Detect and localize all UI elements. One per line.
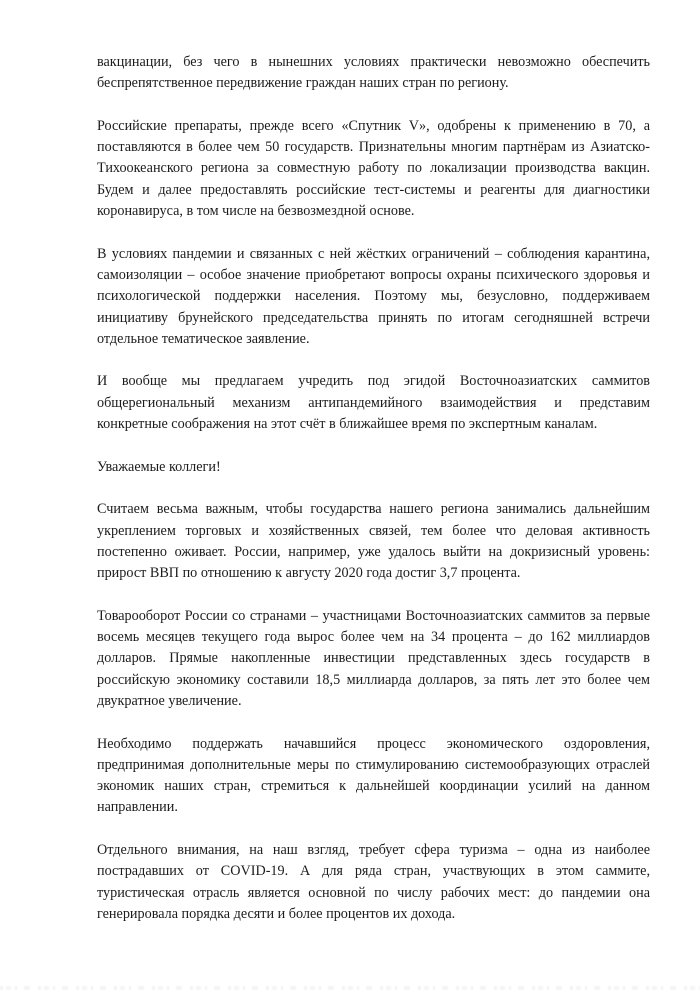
- document-page: вакцинации, без чего в нынешних условиях…: [0, 0, 700, 990]
- paragraph-6: Считаем весьма важным, чтобы государства…: [97, 499, 650, 584]
- paragraph-9: Отдельного внимания, на наш взгляд, треб…: [97, 840, 650, 925]
- paragraph-7: Товарооборот России со странами – участн…: [97, 606, 650, 712]
- paragraph-2: Российские препараты, прежде всего «Спут…: [97, 116, 650, 222]
- paragraph-1: вакцинации, без чего в нынешних условиях…: [97, 52, 650, 95]
- paragraph-3: В условиях пандемии и связанных с ней жё…: [97, 244, 650, 350]
- paragraph-8: Необходимо поддержать начавшийся процесс…: [97, 734, 650, 819]
- paragraph-4: И вообще мы предлагаем учредить под эгид…: [97, 371, 650, 435]
- clipped-next-line-artifact: [0, 986, 700, 990]
- document-body: вакцинации, без чего в нынешних условиях…: [97, 52, 650, 925]
- salutation: Уважаемые коллеги!: [97, 457, 650, 478]
